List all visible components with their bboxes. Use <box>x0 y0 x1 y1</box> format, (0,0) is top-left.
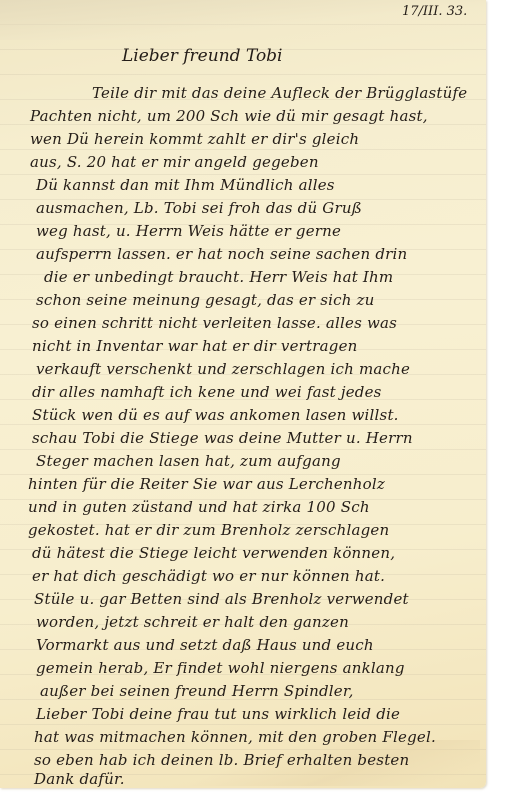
letter-line: wen Dü herein kommt zahlt er dir's gleic… <box>30 130 359 148</box>
letter-line: außer bei seinen freund Herrn Spindler, <box>40 682 354 700</box>
letter-line: Vormarkt aus und setzt daß Haus und euch <box>36 636 374 654</box>
letter-closing-line: Dank dafür. <box>34 770 125 788</box>
letter-line: Stück wen dü es auf was ankomen lasen wi… <box>32 406 399 424</box>
letter-line: gemein herab, Er findet wohl niergens an… <box>36 659 405 677</box>
letter-line: schon seine meinung gesagt, das er sich … <box>36 291 375 309</box>
letter-date: 17/III. 33. <box>402 4 467 19</box>
letter-salutation: Lieber freund Tobi <box>122 46 283 66</box>
letter-line: dir alles namhaft ich kene und wei fast … <box>32 383 382 401</box>
letter-line: weg hast, u. Herrn Weis hätte er gerne <box>36 222 341 240</box>
letter-line: nicht in Inventar war hat er dir vertrag… <box>32 337 358 355</box>
letter-line: so einen schritt nicht verleiten lasse. … <box>32 314 397 332</box>
letter-line: Stüle u. gar Betten sind als Brenholz ve… <box>34 590 409 608</box>
letter-line: dü hätest die Stiege leicht verwenden kö… <box>32 544 395 562</box>
letter-line: schau Tobi die Stiege was deine Mutter u… <box>32 429 413 447</box>
letter-line: hinten für die Reiter Sie war aus Lerche… <box>28 475 385 493</box>
letter-line: hat was mitmachen können, mit den groben… <box>34 728 436 746</box>
letter-paper: 17/III. 33. Lieber freund Tobi Teile dir… <box>0 0 486 788</box>
letter-line: Steger machen lasen hat, zum aufgang <box>36 452 341 470</box>
letter-line: verkauft verschenkt und zerschlagen ich … <box>36 360 410 378</box>
letter-line: worden, jetzt schreit er halt den ganzen <box>36 613 349 631</box>
letter-line: Pachten nicht, um 200 Sch wie dü mir ges… <box>30 107 428 125</box>
letter-line: ausmachen, Lb. Tobi sei froh das dü Gruß <box>36 199 362 217</box>
letter-line: Teile dir mit das deine Aufleck der Brüg… <box>92 84 467 102</box>
letter-line: Dü kannst dan mit Ihm Mündlich alles <box>36 176 335 194</box>
letter-line: er hat dich geschädigt wo er nur können … <box>32 567 385 585</box>
letter-line: so eben hab ich deinen lb. Brief erhalte… <box>34 751 409 769</box>
letter-line: die er unbedingt braucht. Herr Weis hat … <box>44 268 393 286</box>
letter-line: aufsperrn lassen. er hat noch seine sach… <box>36 245 407 263</box>
letter-line: aus, S. 20 hat er mir angeld gegeben <box>30 153 319 171</box>
letter-line: Lieber Tobi deine frau tut uns wirklich … <box>36 705 400 723</box>
letter-line: und in guten züstand und hat zirka 100 S… <box>28 498 370 516</box>
letter-line: gekostet. hat er dir zum Brenholz zersch… <box>28 521 389 539</box>
